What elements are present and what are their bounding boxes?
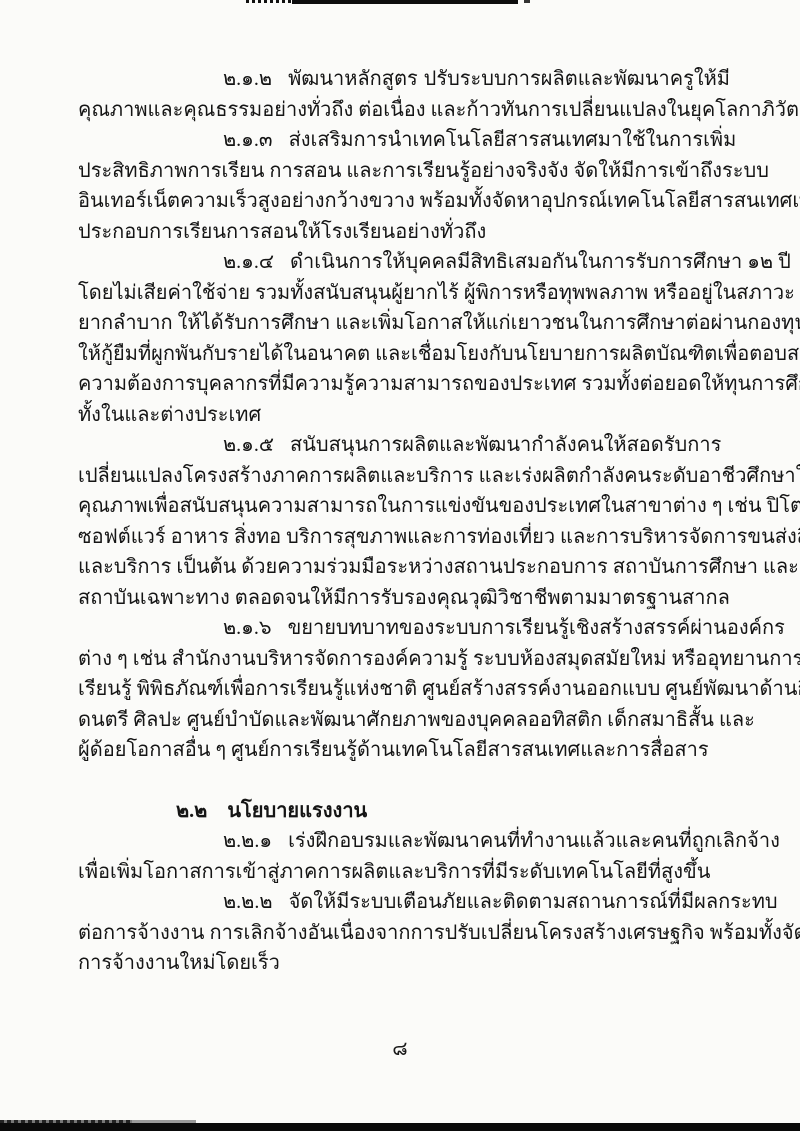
- paragraph-line: ทั้งในและต่างประเทศ: [78, 400, 730, 431]
- clause-number: ๒.๑.๓: [223, 125, 273, 156]
- paragraph-line: ความต้องการบุคลากรที่มีความรู้ความสามารถ…: [78, 369, 730, 400]
- clause-paragraph: ๒.๑.๒พัฒนาหลักสูตร ปรับระบบการผลิตและพัฒ…: [78, 64, 730, 125]
- clause-number: ๒.๑.๖: [223, 613, 272, 644]
- scan-artifact-bottom-bar: [0, 1123, 800, 1131]
- clause-paragraph: ๒.๑.๔ดำเนินการให้บุคคลมีสิทธิเสมอกันในกา…: [78, 247, 730, 430]
- clause-paragraph: ๒.๑.๖ขยายบทบาทของระบบการเรียนรู้เชิงสร้า…: [78, 613, 730, 766]
- line-text: สนับสนุนการผลิตและพัฒนากำลังคนให้สอดรับก…: [290, 434, 721, 456]
- line-text: จัดให้มีระบบเตือนภัยและติดตามสถานการณ์ที…: [289, 891, 778, 913]
- paragraph-line: ประสิทธิภาพการเรียน การสอน และการเรียนรู…: [78, 156, 730, 187]
- paragraph-line: และบริการ เป็นต้น ด้วยความร่วมมือระหว่าง…: [78, 552, 730, 583]
- line-text: พัฒนาหลักสูตร ปรับระบบการผลิตและพัฒนาครู…: [288, 68, 730, 90]
- paragraph-line: เรียนรู้ พิพิธภัณฑ์เพื่อการเรียนรู้แห่งช…: [78, 674, 730, 705]
- clause-paragraph: ๒.๒.๑เร่งฝึกอบรมและพัฒนาคนที่ทำงานแล้วแล…: [78, 826, 730, 887]
- scan-artifact-top-bar: [292, 0, 518, 4]
- line-text: เร่งฝึกอบรมและพัฒนาคนที่ทำงานแล้วและคนที…: [288, 830, 780, 852]
- paragraph-line: ยากลำบาก ให้ได้รับการศึกษา และเพิ่มโอกาส…: [78, 308, 730, 339]
- paragraph-line: ๒.๑.๒พัฒนาหลักสูตร ปรับระบบการผลิตและพัฒ…: [78, 64, 730, 95]
- clause-paragraph: ๒.๒.๒จัดให้มีระบบเตือนภัยและติดตามสถานกา…: [78, 887, 730, 979]
- clause-paragraph: ๒.๑.๕สนับสนุนการผลิตและพัฒนากำลังคนให้สอ…: [78, 430, 730, 613]
- paragraph-line: สถาบันเฉพาะทาง ตลอดจนให้มีการรับรองคุณวุ…: [78, 583, 730, 614]
- paragraph-line: ๒.๑.๓ส่งเสริมการนำเทคโนโลยีสารสนเทศมาใช้…: [78, 125, 730, 156]
- paragraph-line: ต่อการจ้างงาน การเลิกจ้างอันเนื่องจากการ…: [78, 918, 730, 949]
- paragraph-line: ๒.๑.๕สนับสนุนการผลิตและพัฒนากำลังคนให้สอ…: [78, 430, 730, 461]
- paragraph-line: การจ้างงานใหม่โดยเร็ว: [78, 948, 730, 979]
- line-text: นโยบายแรงงาน: [227, 800, 367, 822]
- paragraph-line: ให้กู้ยืมที่ผูกพันกับรายได้ในอนาคต และเช…: [78, 339, 730, 370]
- paragraph-line: คุณภาพเพื่อสนับสนุนความสามารถในการแข่งขั…: [78, 491, 730, 522]
- paragraph-line: ผู้ด้อยโอกาสอื่น ๆ ศูนย์การเรียนรู้ด้านเ…: [78, 735, 730, 766]
- paragraph-line: อินเทอร์เน็ตความเร็วสูงอย่างกว้างขวาง พร…: [78, 186, 730, 217]
- paragraph-line: ๒.๑.๔ดำเนินการให้บุคคลมีสิทธิเสมอกันในกา…: [78, 247, 730, 278]
- line-text: ขยายบทบาทของระบบการเรียนรู้เชิงสร้างสรรค…: [288, 617, 785, 639]
- clause-number: ๒.๑.๒: [223, 64, 272, 95]
- line-text: ส่งเสริมการนำเทคโนโลยีสารสนเทศมาใช้ในการ…: [289, 129, 737, 151]
- clause-number: ๒.๑.๔: [223, 247, 274, 278]
- document-page-body: ๒.๑.๒พัฒนาหลักสูตร ปรับระบบการผลิตและพัฒ…: [78, 64, 730, 979]
- paragraph-line: ซอฟต์แวร์ อาหาร สิ่งทอ บริการสุขภาพและกา…: [78, 522, 730, 553]
- clause-number: ๒.๒: [176, 796, 207, 827]
- paragraph-line: คุณภาพและคุณธรรมอย่างทั่วถึง ต่อเนื่อง แ…: [78, 95, 730, 126]
- paragraph-line: ประกอบการเรียนการสอนให้โรงเรียนอย่างทั่ว…: [78, 217, 730, 248]
- paragraph-line: ๒.๒.๒จัดให้มีระบบเตือนภัยและติดตามสถานกา…: [78, 887, 730, 918]
- clause-number: ๒.๒.๑: [223, 826, 272, 857]
- paragraph-line: ดนตรี ศิลปะ ศูนย์บำบัดและพัฒนาศักยภาพของ…: [78, 705, 730, 736]
- paragraph-line: โดยไม่เสียค่าใช้จ่าย รวมทั้งสนับสนุนผู้ย…: [78, 278, 730, 309]
- paragraph-line: ๒.๒.๑เร่งฝึกอบรมและพัฒนาคนที่ทำงานแล้วแล…: [78, 826, 730, 857]
- paragraph-line: ๒.๒นโยบายแรงงาน: [78, 796, 730, 827]
- clause-paragraph: ๒.๑.๓ส่งเสริมการนำเทคโนโลยีสารสนเทศมาใช้…: [78, 125, 730, 247]
- paragraph-line: ต่าง ๆ เช่น สำนักงานบริหารจัดการองค์ความ…: [78, 644, 730, 675]
- paragraph-line: เปลี่ยนแปลงโครงสร้างภาคการผลิตและบริการ …: [78, 461, 730, 492]
- line-text: ดำเนินการให้บุคคลมีสิทธิเสมอกันในการรับก…: [290, 251, 791, 273]
- clause-number: ๒.๒.๒: [223, 887, 273, 918]
- clause-number: ๒.๑.๕: [223, 430, 274, 461]
- scan-artifact-top-dashes: [246, 0, 292, 3]
- page-number: ๘: [0, 1032, 800, 1064]
- paragraph-line: ๒.๑.๖ขยายบทบาทของระบบการเรียนรู้เชิงสร้า…: [78, 613, 730, 644]
- scan-artifact-top-blob: [524, 0, 530, 3]
- section-heading: ๒.๒นโยบายแรงงาน: [78, 796, 730, 827]
- paragraph-line: เพื่อเพิ่มโอกาสการเข้าสู่ภาคการผลิตและบร…: [78, 857, 730, 888]
